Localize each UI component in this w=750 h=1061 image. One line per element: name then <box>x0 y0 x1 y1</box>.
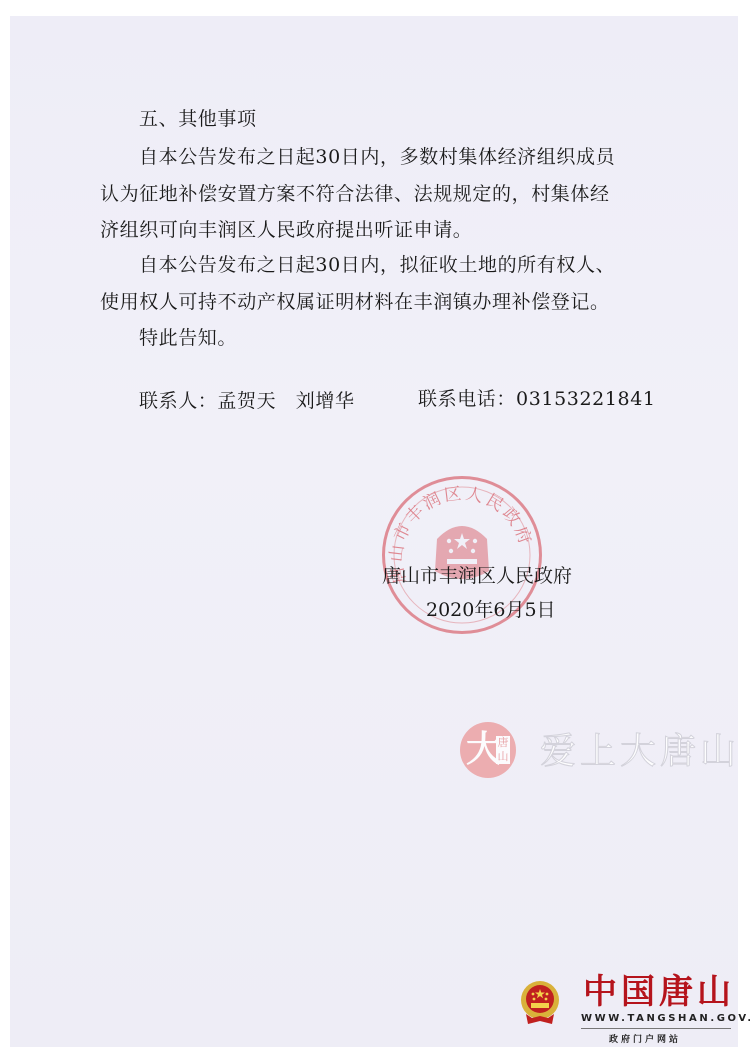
section-heading: 五、其他事项 <box>139 107 257 131</box>
watermark-logo-box: 唐山 <box>496 736 510 764</box>
closing-remark: 特此告知。 <box>139 326 237 350</box>
brand-url[interactable]: WWW.TANGSHAN.GOV.CN <box>581 1013 750 1024</box>
brand-subtitle: 政府门户网站 <box>609 1032 681 1045</box>
paragraph-2-line-2: 使用权人可持不动产权属证明材料在丰润镇办理补偿登记。 <box>100 290 610 314</box>
paragraph-1-line-2: 认为征地补偿安置方案不符合法律、法规规定的，村集体经 <box>100 182 610 206</box>
paragraph-1-line-1: 自本公告发布之日起30日内，多数村集体经济组织成员 <box>139 145 615 169</box>
brand-divider <box>581 1028 731 1029</box>
contact-persons: 联系人：孟贺天 刘增华 <box>139 389 355 413</box>
scanned-page <box>10 16 738 1047</box>
contact-phone: 联系电话：03153221841 <box>418 387 656 411</box>
paragraph-2-line-1: 自本公告发布之日起30日内，拟征收土地的所有权人、 <box>139 253 615 277</box>
issue-date: 2020年6月5日 <box>426 598 556 622</box>
paragraph-1-line-3: 济组织可向丰润区人民政府提出听证申请。 <box>100 218 472 242</box>
national-emblem-icon <box>518 980 562 1028</box>
watermark-logo: 大 唐山 <box>460 722 516 778</box>
watermark-text: 爱上大唐山 <box>540 730 740 774</box>
issuer-name: 唐山市丰润区人民政府 <box>382 564 572 588</box>
brand-title: 中国唐山 <box>583 972 735 1012</box>
